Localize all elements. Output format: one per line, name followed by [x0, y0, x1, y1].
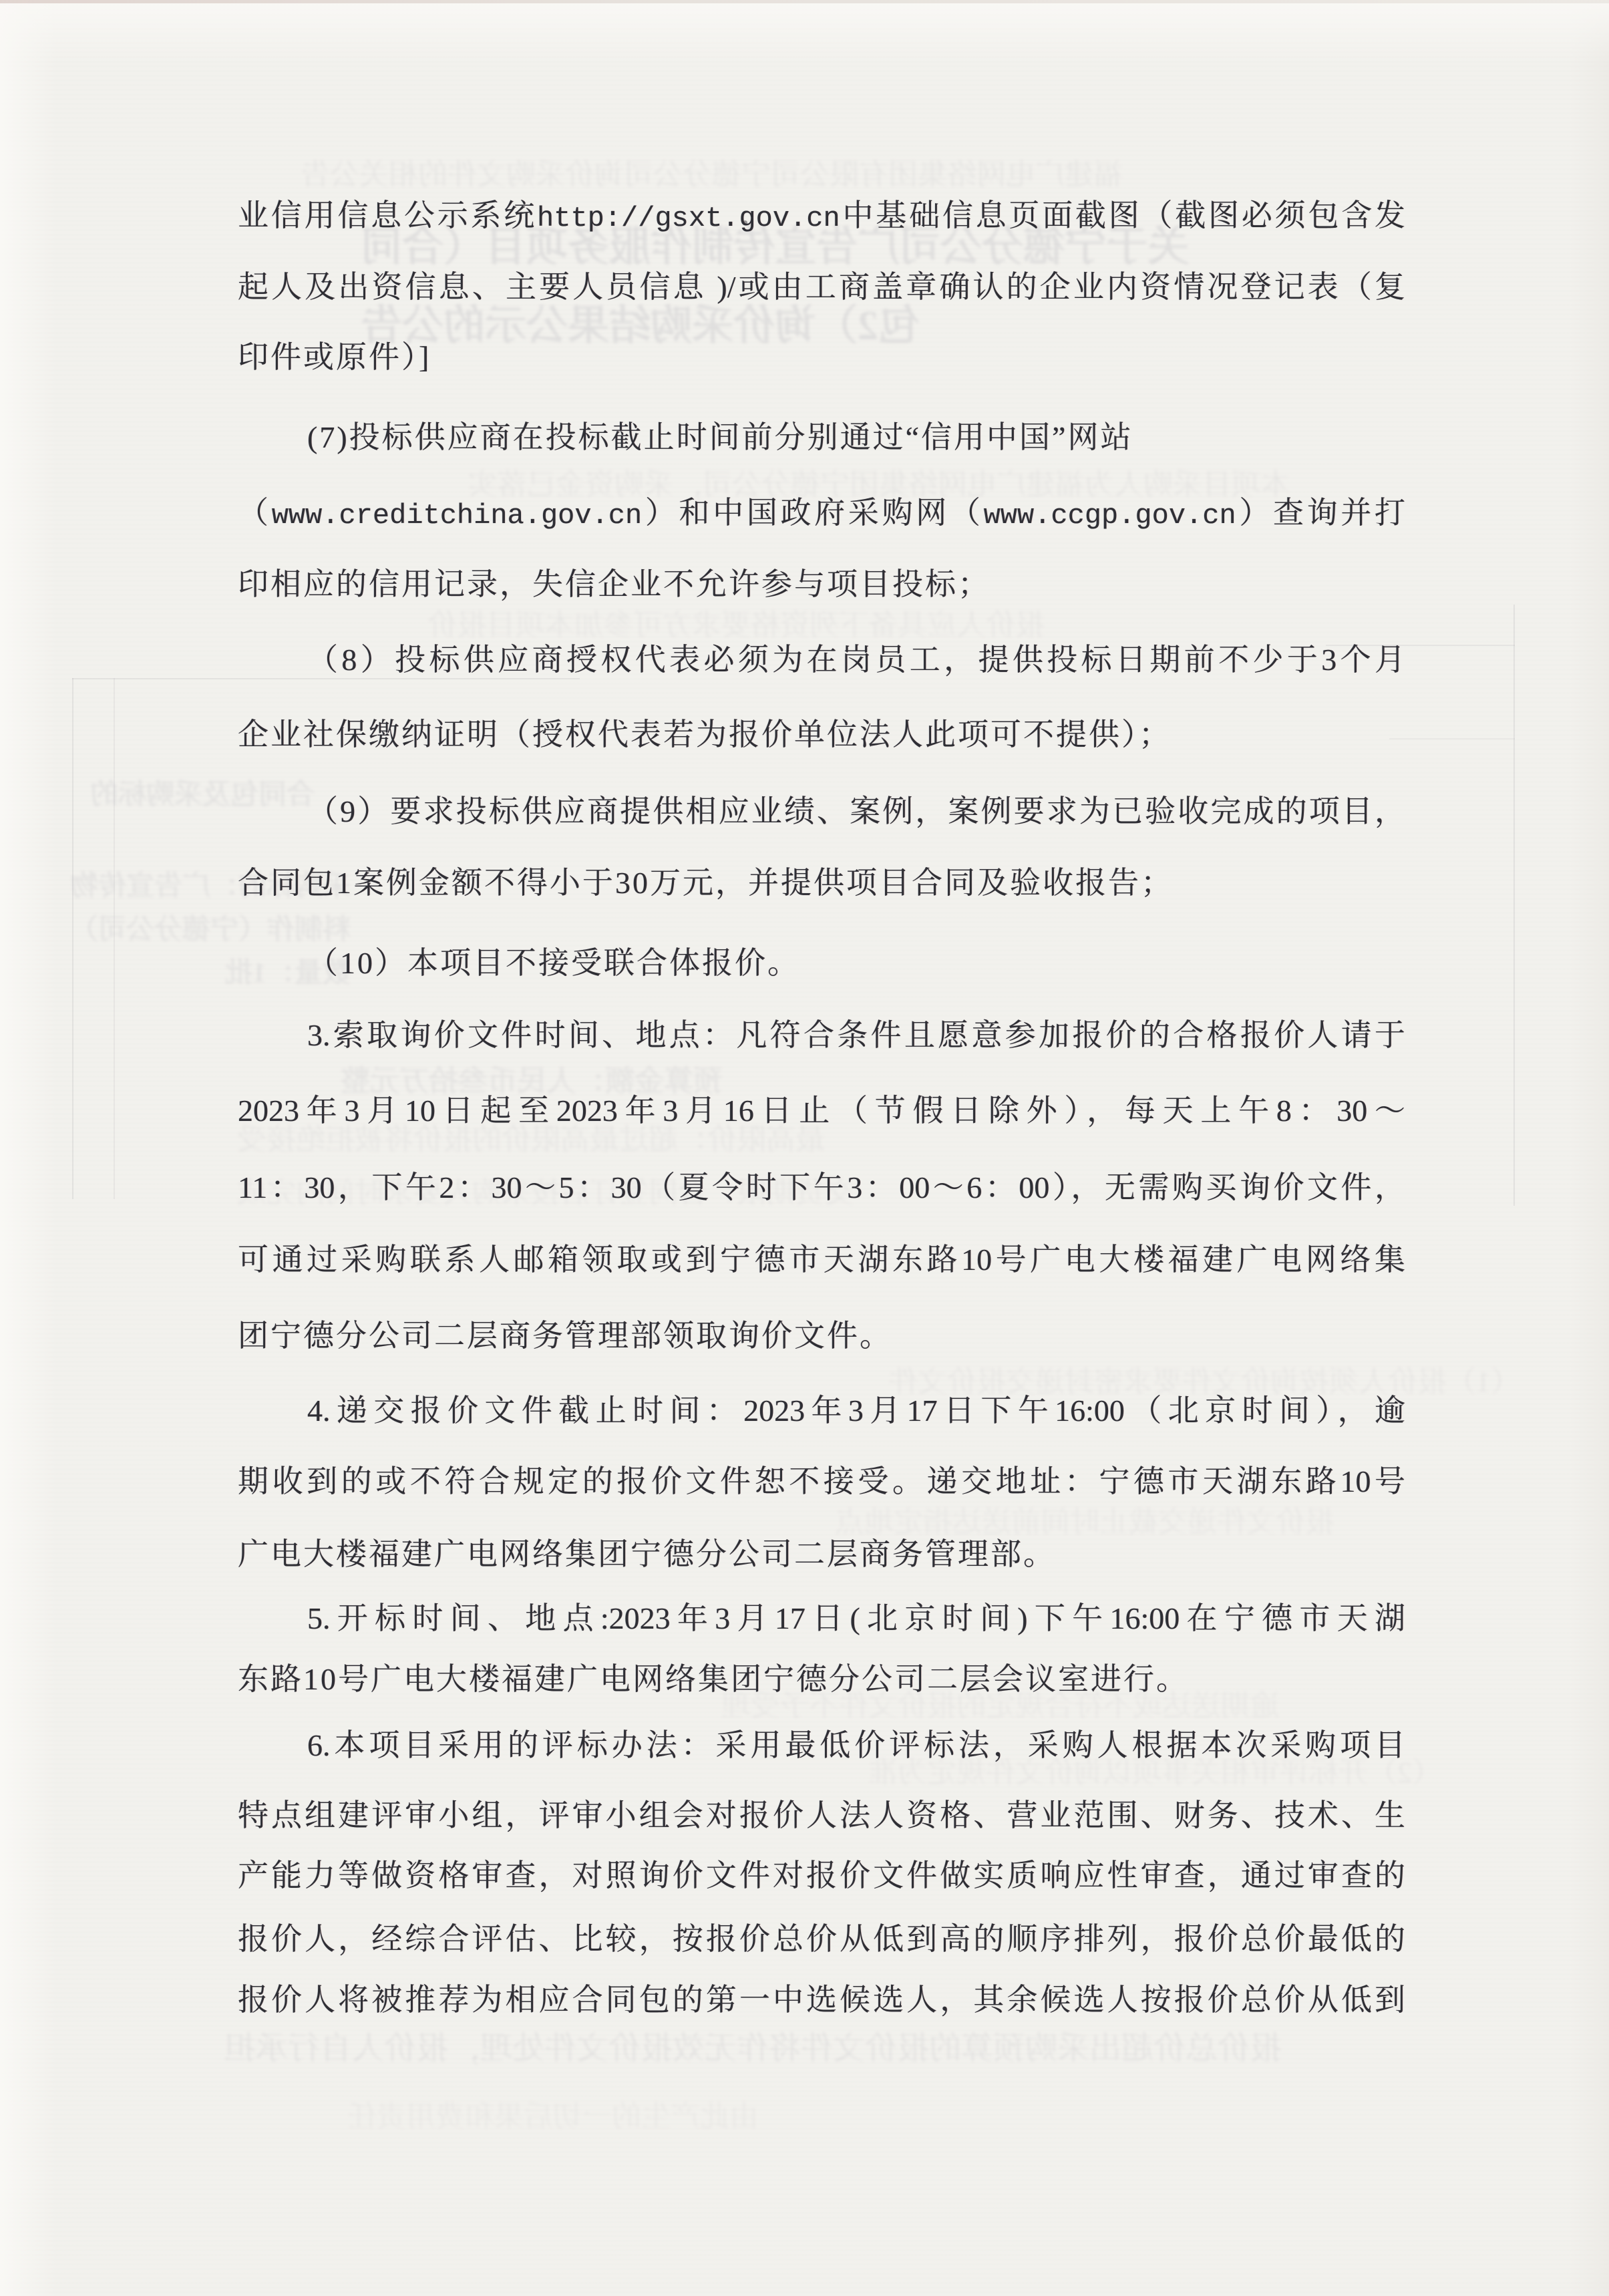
latin-text-run: 5 [559, 1170, 574, 1204]
latin-text-run: 2023 [743, 1393, 805, 1428]
text-line: 报价人，经综合评估、比较，按报价总价从低到高的顺序排列，报价总价最低的 [238, 1919, 1405, 1959]
text-line: 5.开标时间、地点:2023年3月17日(北京时间)下午16:00在宁德市天湖 [238, 1599, 1405, 1639]
text-line: （www.creditchina.gov.cn）和中国政府采购网（www.ccg… [238, 493, 1405, 536]
latin-text-run: 11 [238, 1170, 267, 1204]
latin-text-run: 8 [341, 643, 357, 677]
text-line: 3.索取询价文件时间、地点：凡符合条件且愿意参加报价的合格报价人请于 [238, 1015, 1405, 1055]
text-line: 可通过采购联系人邮箱领取或到宁德市天湖东路10号广电大楼福建广电网络集 [238, 1240, 1405, 1280]
latin-text-run: ( [850, 1601, 860, 1635]
latin-text-run: www.ccgp.gov.cn [984, 500, 1236, 532]
bleed-through-rule [1389, 738, 1515, 740]
latin-text-run: 3 [715, 1601, 730, 1635]
latin-text-run: 30 [491, 1170, 522, 1204]
text-line: 产能力等做资格审查，对照询价文件对报价文件做实质响应性审查，通过审查的 [238, 1856, 1405, 1896]
text-line: 报价人将被推荐为相应合同包的第一中选候选人，其余候选人按报价总价从低到 [238, 1980, 1405, 2020]
latin-text-run: 30 [1336, 1094, 1367, 1128]
text-line: 合同包1案例金额不得小于30万元，并提供项目合同及验收报告； [238, 863, 1405, 903]
latin-text-run: 3. [307, 1018, 331, 1052]
latin-text-run: ) [1017, 1601, 1027, 1635]
latin-text-run: 3 [344, 1094, 359, 1128]
document-text-block: 业信用信息公示系统http://gsxt.gov.cn中基础信息页面截图（截图必… [238, 0, 1405, 2296]
latin-text-run: 2023 [238, 1094, 299, 1128]
text-line: 6.本项目采用的评标办法：采用最低价评标法，采购人根据本次采购项目 [238, 1726, 1405, 1766]
latin-text-run: 17 [907, 1393, 938, 1428]
latin-text-run: 10 [340, 946, 375, 980]
text-line: 起人及出资信息、主要人员信息 )/或由工商盖章确认的企业内资情况登记表（复 [238, 267, 1405, 307]
text-line: 印相应的信用记录，失信企业不允许参与项目投标； [238, 564, 1405, 605]
latin-text-run: 9 [340, 794, 355, 828]
latin-text-run: 5. [307, 1601, 331, 1635]
text-line: (7)投标供应商在投标截止时间前分别通过“信用中国”网站 [238, 418, 1405, 458]
text-line: 期收到的或不符合规定的报价文件恕不接受。递交地址：宁德市天湖东路10号 [238, 1462, 1405, 1502]
latin-text-run: 4. [307, 1393, 331, 1428]
latin-text-run: 2 [439, 1170, 454, 1204]
latin-text-run: 10 [303, 1662, 338, 1696]
latin-text-run: 10 [1340, 1464, 1371, 1498]
latin-text-run: 16:00 [1109, 1601, 1180, 1635]
text-line: 4.递交报价文件截止时间：2023年3月17日下午16:00（北京时间），逾 [238, 1391, 1405, 1431]
latin-text-run: 1 [336, 866, 353, 900]
latin-text-run: 6 [966, 1170, 982, 1204]
latin-text-run: 17 [775, 1601, 806, 1635]
text-line: 特点组建评审小组，评审小组会对报价人法人资格、营业范围、财务、技术、生 [238, 1796, 1405, 1836]
text-line: 企业社保缴纳证明（授权代表若为报价单位法人此项可不提供）； [238, 715, 1405, 755]
latin-text-run: 8 [1276, 1094, 1292, 1128]
latin-text-run: 2023 [556, 1094, 618, 1128]
latin-text-run: 3 [663, 1094, 678, 1128]
text-line: 业信用信息公示系统http://gsxt.gov.cn中基础信息页面截图（截图必… [238, 196, 1405, 238]
latin-text-run: 10 [405, 1094, 435, 1128]
latin-text-run: ] [419, 340, 431, 374]
latin-text-run: 16:00 [1055, 1393, 1125, 1428]
text-line: 广电大楼福建广电网络集团宁德分公司二层商务管理部。 [238, 1534, 1405, 1575]
text-line: 印件或原件）] [238, 337, 1405, 377]
latin-text-run: 30 [615, 866, 650, 900]
latin-text-run: 3 [848, 1393, 864, 1428]
text-line: （8）投标供应商授权代表必须为在岗员工，提供投标日期前不少于3个月 [238, 640, 1405, 680]
document-page: 福建广电网络集团有限公司宁德分公司询价采购文件的相关公告关于宁德分公司广告宣传制… [0, 0, 1609, 2296]
latin-text-run: 30 [611, 1170, 642, 1204]
latin-text-run: :2023 [600, 1601, 671, 1635]
latin-text-run: 00 [1019, 1170, 1049, 1204]
latin-text-run: 3 [1321, 643, 1336, 677]
text-line: （10）本项目不接受联合体报价。 [238, 943, 1405, 983]
text-line: 11：30，下午2：30～5：30（夏令时下午3：00～6：00），无需购买询价… [238, 1168, 1405, 1208]
latin-text-run: 3 [847, 1170, 862, 1204]
bleed-through-rule [1513, 605, 1515, 1206]
latin-text-run: www.creditchina.gov.cn [272, 500, 643, 532]
latin-text-run: )/ [707, 270, 736, 304]
text-line: 东路10号广电大楼福建广电网络集团宁德分公司二层会议室进行。 [238, 1659, 1405, 1699]
latin-text-run: 6. [307, 1728, 331, 1762]
latin-text-run: (7) [307, 420, 349, 454]
latin-text-run: 00 [899, 1170, 930, 1204]
text-line: （9）要求投标供应商提供相应业绩、案例，案例要求为已验收完成的项目， [238, 792, 1405, 832]
latin-text-run: http://gsxt.gov.cn [537, 202, 840, 234]
latin-text-run: 16 [723, 1094, 754, 1128]
text-line: 团宁德分公司二层商务管理部领取询价文件。 [238, 1316, 1405, 1356]
latin-text-run: 30 [304, 1170, 335, 1204]
latin-text-run: 10 [961, 1243, 992, 1277]
text-line: 2023年3月10日起至2023年3月16日止（节假日除外），每天上午8：30～ [238, 1091, 1405, 1131]
